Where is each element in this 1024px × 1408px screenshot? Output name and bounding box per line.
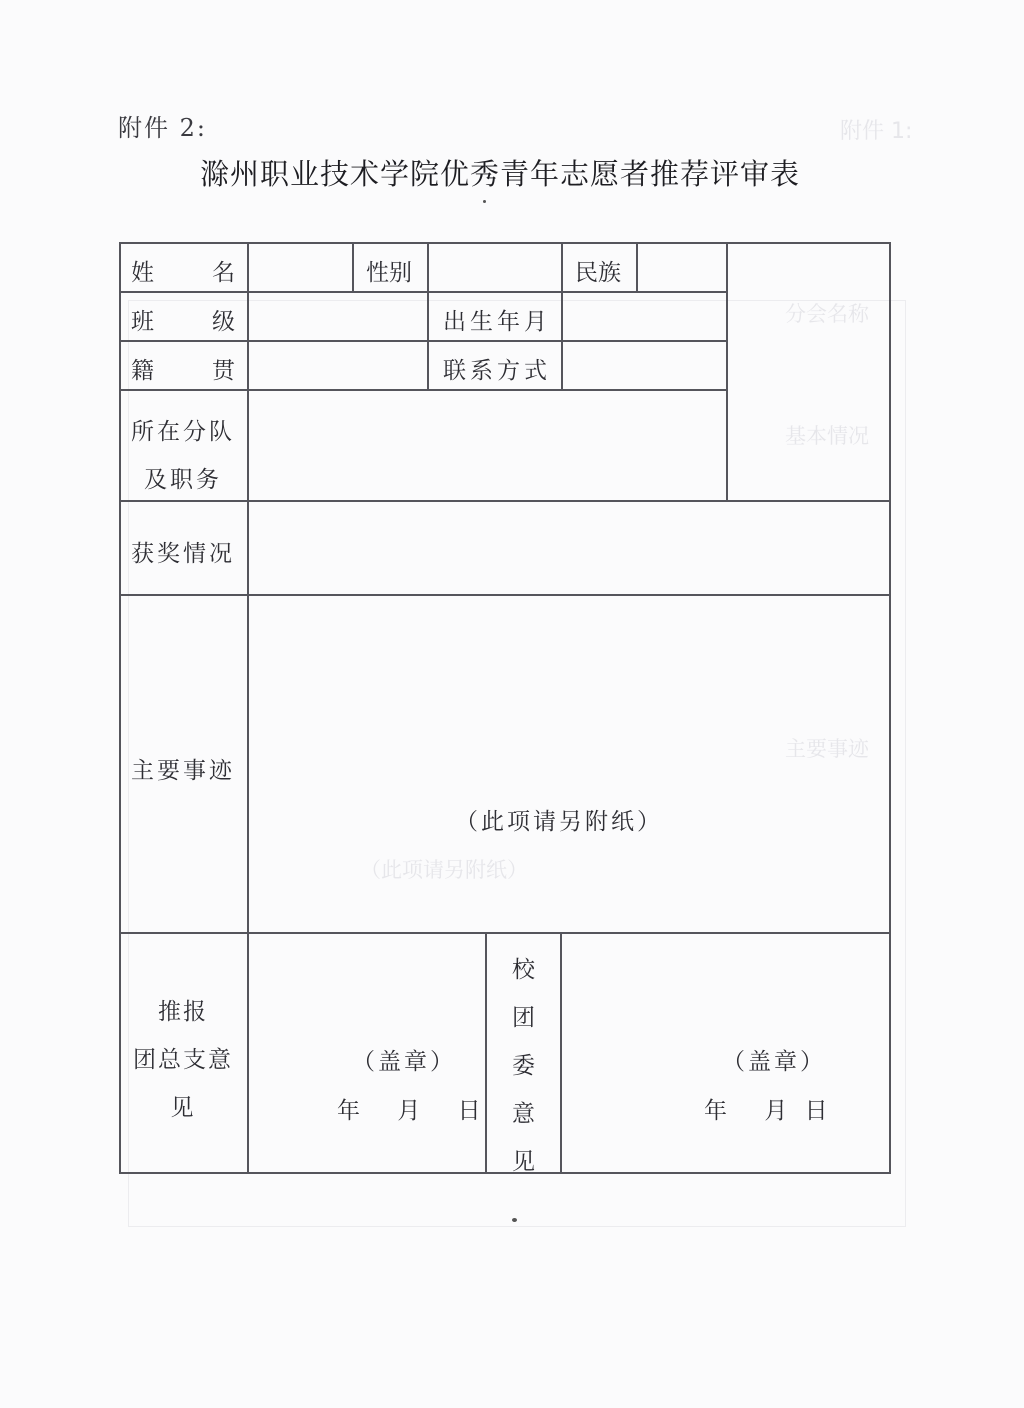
gender-field[interactable]	[429, 244, 560, 290]
team-position-field[interactable]	[249, 391, 725, 499]
table-border-right	[889, 242, 891, 1173]
branch-seal-label: （盖章）	[352, 1043, 456, 1076]
form-title: 滁州职业技术学院优秀青年志愿者推荐评审表	[0, 152, 1000, 193]
awards-field[interactable]	[249, 502, 888, 593]
school-seal-label: （盖章）	[722, 1043, 826, 1076]
contact-field[interactable]	[563, 342, 725, 388]
bleed-through-attachment: 附件 1:	[840, 114, 912, 145]
birth-date-field[interactable]	[563, 293, 725, 339]
school-committee-label: 校 团 委 意 见	[487, 946, 560, 1186]
class-field[interactable]	[249, 293, 426, 339]
main-deeds-label: 主要事迹	[131, 752, 235, 785]
photo-area[interactable]	[728, 244, 888, 499]
class-label: 班级	[131, 303, 235, 336]
ethnicity-field[interactable]	[638, 244, 725, 290]
awards-label: 获奖情况	[131, 535, 235, 568]
name-field[interactable]	[249, 244, 351, 290]
gender-label: 性别	[366, 254, 412, 287]
name-label: 姓名	[131, 254, 235, 287]
scan-speck	[512, 1218, 517, 1222]
attach-paper-note: （此项请另附纸）	[455, 803, 663, 836]
birth-date-label: 出生年月	[443, 303, 551, 336]
table-border-left	[119, 242, 121, 1173]
native-place-field[interactable]	[249, 342, 426, 388]
team-position-label: 所在分队 及职务	[131, 408, 235, 504]
contact-label: 联系方式	[443, 352, 551, 385]
attachment-label: 附件 2:	[118, 108, 207, 143]
ethnicity-label: 民族	[575, 254, 621, 287]
branch-opinion-label: 推报 团总支意 见	[125, 988, 241, 1132]
col-divider	[352, 242, 354, 291]
native-place-label: 籍贯	[131, 352, 235, 385]
school-date: 年 月 日	[704, 1092, 828, 1125]
scan-speck	[483, 200, 486, 203]
main-deeds-field[interactable]	[249, 596, 888, 931]
branch-date: 年 月 日	[337, 1092, 481, 1125]
